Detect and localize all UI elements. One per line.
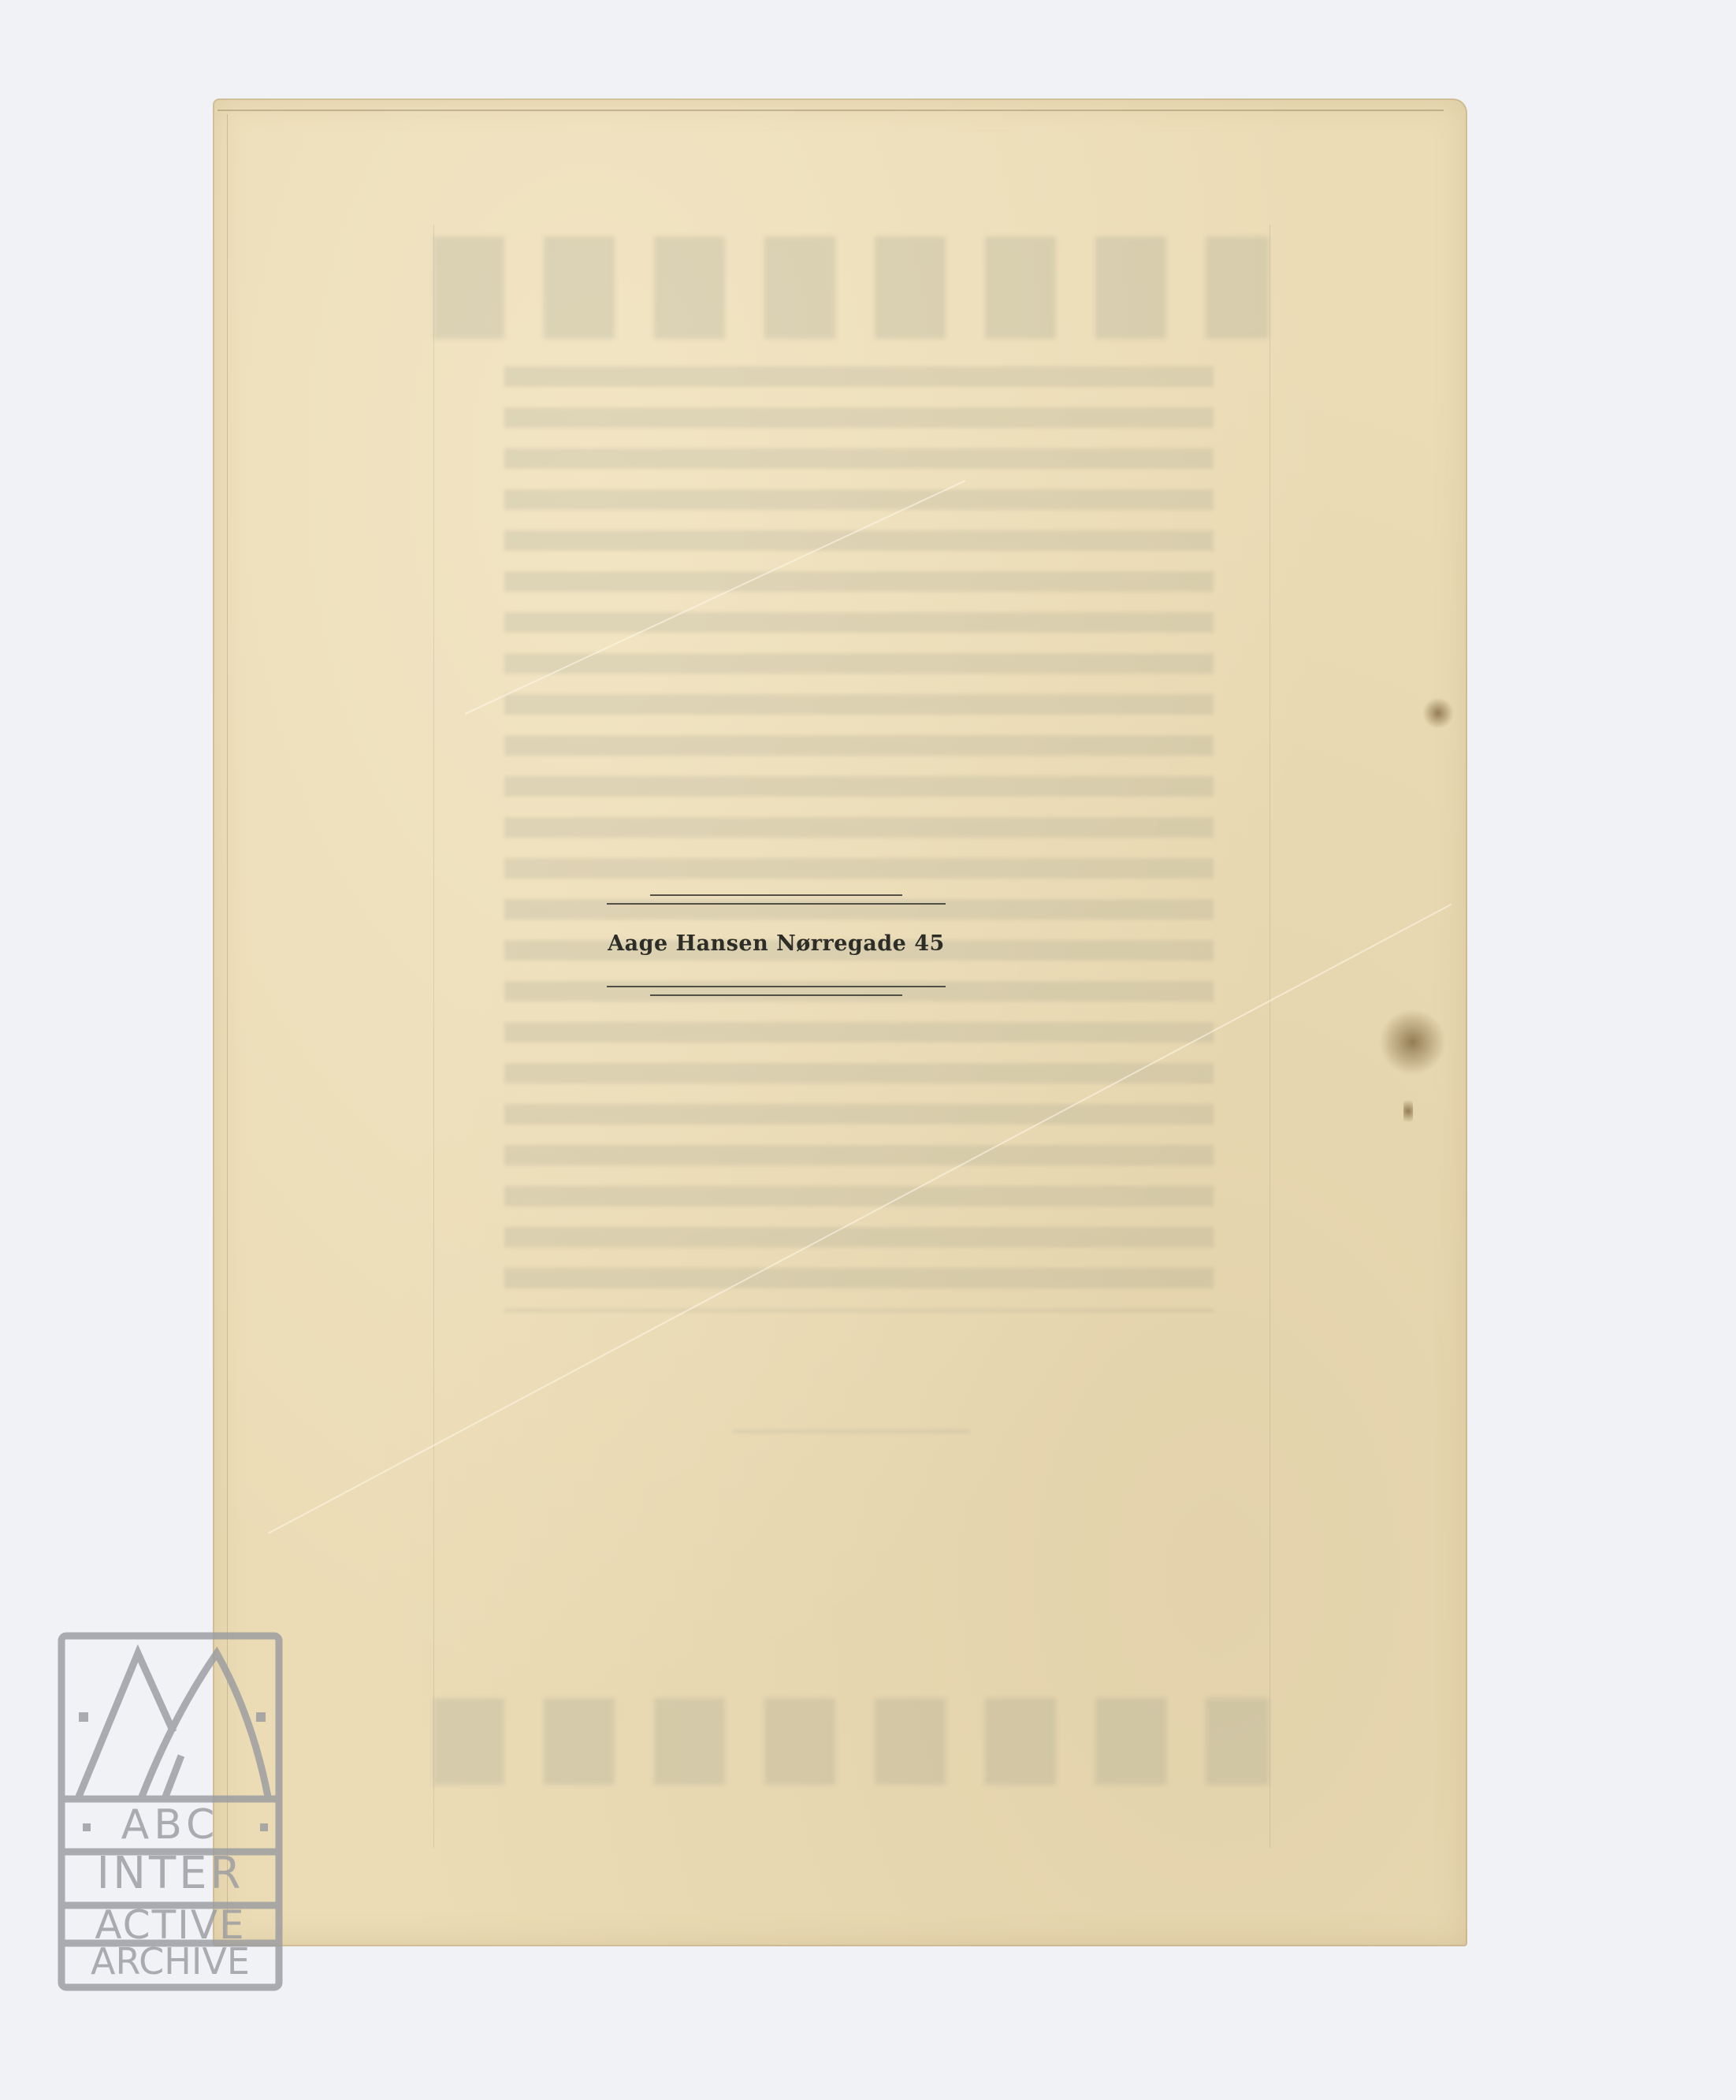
show-through-ornament-band-top <box>433 236 1269 339</box>
logo-line-inter: INTER <box>55 1852 285 1905</box>
stamp-rule <box>607 903 946 905</box>
stain-spot <box>1422 697 1454 729</box>
stamp-rule <box>650 894 902 896</box>
stain-spot <box>1403 1095 1413 1127</box>
logo-line-archive: ARCHIVE <box>55 1943 285 1987</box>
owner-address-stamp: Aage Hansen Nørregade 45 <box>607 894 946 996</box>
logo-text: ABC INTER ACTIVE ARCHIVE <box>55 1805 285 1987</box>
stamp-text: Aage Hansen Nørregade 45 <box>607 905 946 986</box>
logo-line-active: ACTIVE <box>55 1905 285 1943</box>
stamp-rule <box>650 994 902 996</box>
paper-top-edge-rule <box>217 110 1444 111</box>
abc-interactive-archive-logo: ABC INTER ACTIVE ARCHIVE <box>55 1630 285 1994</box>
leaflet-paper: Aage Hansen Nørregade 45 <box>213 98 1467 1946</box>
show-through-text-block <box>504 366 1214 1312</box>
stamp-rule <box>607 986 946 987</box>
show-through-ornament-band-bottom <box>433 1698 1269 1785</box>
stain-spot <box>1379 1009 1446 1076</box>
logo-line-abc: ABC <box>55 1805 285 1852</box>
